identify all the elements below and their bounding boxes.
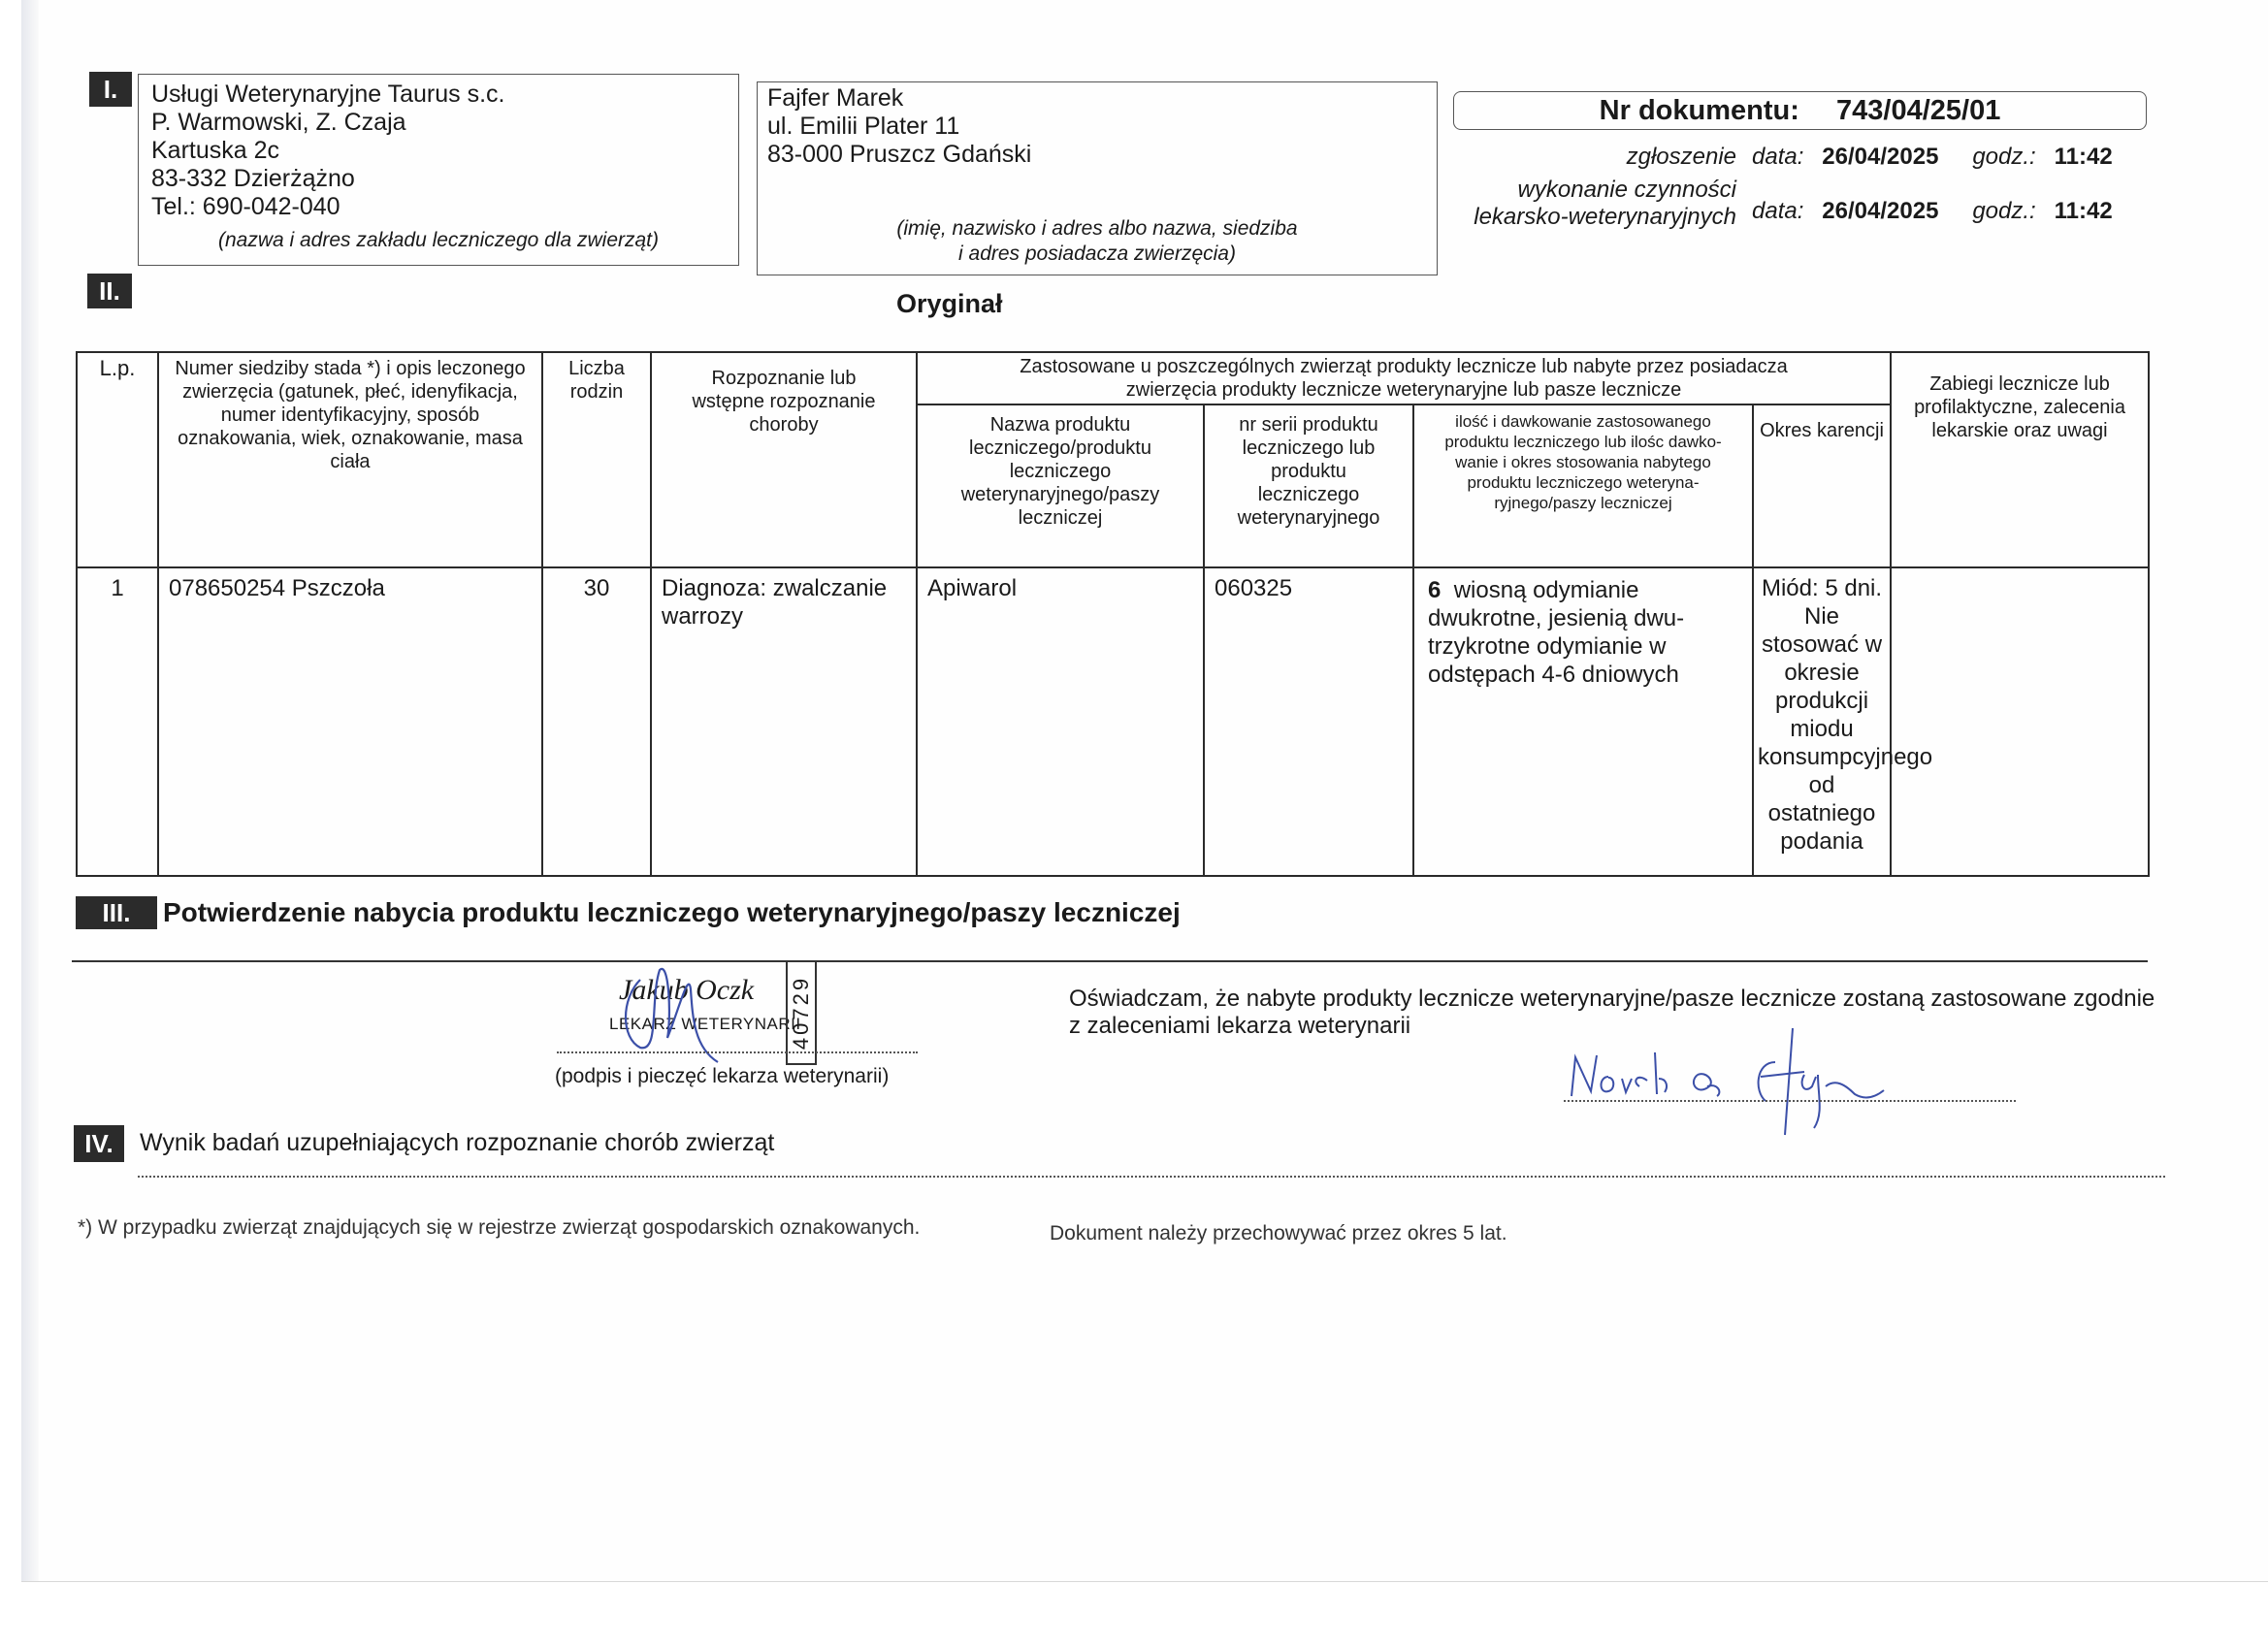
- section-badge-i: I.: [89, 72, 132, 107]
- vet-signature-caption: (podpis i pieczęć lekarza weterynarii): [555, 1065, 889, 1088]
- section-badge-iii: III.: [76, 896, 157, 929]
- owner-signature-icon: [1562, 1018, 1950, 1145]
- vet-stamp-number: 40729: [789, 976, 814, 1050]
- clinic-line: Usługi Weterynaryjne Taurus s.c.: [151, 81, 505, 109]
- vet-signature-line: [557, 1051, 918, 1053]
- treatment-table: L.p. Numer siedziby stada *) i opis lecz…: [76, 351, 2150, 877]
- header-product-name: Nazwa produktu leczniczego/produktu lecz…: [917, 404, 1204, 567]
- retention-note: Dokument należy przechowywać przez okres…: [1050, 1222, 1507, 1245]
- execution-datetime: data: 26/04/2025 godz.: 11:42: [1752, 198, 2113, 225]
- owner-line: 83-000 Pruszcz Gdański: [767, 141, 1031, 169]
- execution-label: wykonanie czynności lekarsko-weterynaryj…: [1455, 177, 1736, 231]
- clinic-line: Kartuska 2c: [151, 137, 505, 165]
- report-date: 26/04/2025: [1822, 144, 1938, 170]
- date-label: data:: [1752, 144, 1803, 170]
- execution-time: 11:42: [2055, 198, 2113, 224]
- document-number-label: Nr dokumentu:: [1600, 95, 1799, 126]
- document-number-box: Nr dokumentu: 743/04/25/01: [1453, 91, 2147, 130]
- cell-withdrawal: Miód: 5 dni. Nie stosować w okresie prod…: [1753, 567, 1891, 876]
- cell-count: 30: [542, 567, 651, 876]
- header-batch: nr serii produktu leczniczego lub produk…: [1204, 404, 1413, 567]
- section3-title: Potwierdzenie nabycia produktu lecznicze…: [163, 897, 1181, 928]
- header-withdrawal: Okres karencji: [1753, 404, 1891, 567]
- header-herd: Numer siedziby stada *) i opis leczonego…: [158, 352, 542, 567]
- cell-treatments: [1891, 567, 2149, 876]
- owner-signature-line: [1564, 1100, 2016, 1102]
- cell-diagnosis: Diagnoza: zwalczanie warrozy: [651, 567, 917, 876]
- cell-product-name: Apiwarol: [917, 567, 1204, 876]
- owner-line: Fajfer Marek: [767, 84, 1031, 113]
- clinic-caption: (nazwa i adres zakładu leczniczego dla z…: [139, 228, 738, 253]
- owner-line: ul. Emilii Plater 11: [767, 113, 1031, 141]
- execution-label-line: wykonanie czynności: [1455, 177, 1736, 204]
- owner-box: Fajfer Marek ul. Emilii Plater 11 83-000…: [757, 81, 1438, 275]
- owner-caption: (imię, nazwisko i adres albo nazwa, sied…: [758, 216, 1437, 267]
- cell-herd: 078650254 Pszczoła: [158, 567, 542, 876]
- cell-batch: 060325: [1204, 567, 1413, 876]
- section-badge-iv: IV.: [74, 1125, 124, 1162]
- dosage-text: wiosną odymianie dwukrotne, jesienią dwu…: [1428, 577, 1684, 688]
- execution-label-line: lekarsko-weterynaryjnych: [1455, 204, 1736, 231]
- owner-caption-line: (imię, nazwisko i adres albo nazwa, sied…: [758, 216, 1437, 242]
- date-label: data:: [1752, 198, 1803, 224]
- owner-caption-line: i adres posiadacza zwierzęcia): [758, 242, 1437, 267]
- header-treatments: Zabiegi lecznicze lub profilaktyczne, za…: [1891, 352, 2149, 567]
- report-label: zgłoszenie: [1455, 144, 1736, 171]
- document-number: 743/04/25/01: [1836, 95, 2000, 126]
- time-label: godz.:: [1972, 198, 2035, 224]
- footnote: *) W przypadku zwierząt znajdujących się…: [78, 1216, 920, 1240]
- clinic-box: Usługi Weterynaryjne Taurus s.c. P. Warm…: [138, 74, 739, 266]
- header-products-group: Zastosowane u poszczególnych zwierząt pr…: [917, 352, 1891, 404]
- cell-lp: 1: [77, 567, 158, 876]
- cell-dosage: 6 wiosną odymianie dwukrotne, jesienią d…: [1413, 567, 1753, 876]
- table-row: 1 078650254 Pszczoła 30 Diagnoza: zwalcz…: [77, 567, 2149, 876]
- clinic-address: Usługi Weterynaryjne Taurus s.c. P. Warm…: [151, 81, 505, 221]
- section-badge-ii: II.: [87, 274, 132, 308]
- clinic-line: P. Warmowski, Z. Czaja: [151, 109, 505, 137]
- time-label: godz.:: [1972, 144, 2035, 170]
- vet-stamp-number-box: 40729: [786, 960, 817, 1065]
- dosage-quantity: 6: [1428, 577, 1441, 603]
- report-time: 11:42: [2055, 144, 2113, 170]
- clinic-line: Tel.: 690-042-040: [151, 193, 505, 221]
- header-dosage: ilość i dawkowanie zastosowanego produkt…: [1413, 404, 1753, 567]
- section4-result-line: [138, 1176, 2165, 1178]
- header-count: Liczba rodzin: [542, 352, 651, 567]
- section3-divider: [72, 960, 2148, 962]
- owner-address: Fajfer Marek ul. Emilii Plater 11 83-000…: [767, 84, 1031, 169]
- clinic-line: 83-332 Dzierżążno: [151, 165, 505, 193]
- header-diagnosis: Rozpoznanie lub wstępne rozpoznanie chor…: [651, 352, 917, 567]
- original-label: Oryginał: [896, 289, 1003, 319]
- execution-date: 26/04/2025: [1822, 198, 1938, 224]
- header-lp: L.p.: [77, 352, 158, 567]
- section4-title: Wynik badań uzupełniających rozpoznanie …: [140, 1129, 774, 1157]
- report-datetime: data: 26/04/2025 godz.: 11:42: [1752, 144, 2113, 171]
